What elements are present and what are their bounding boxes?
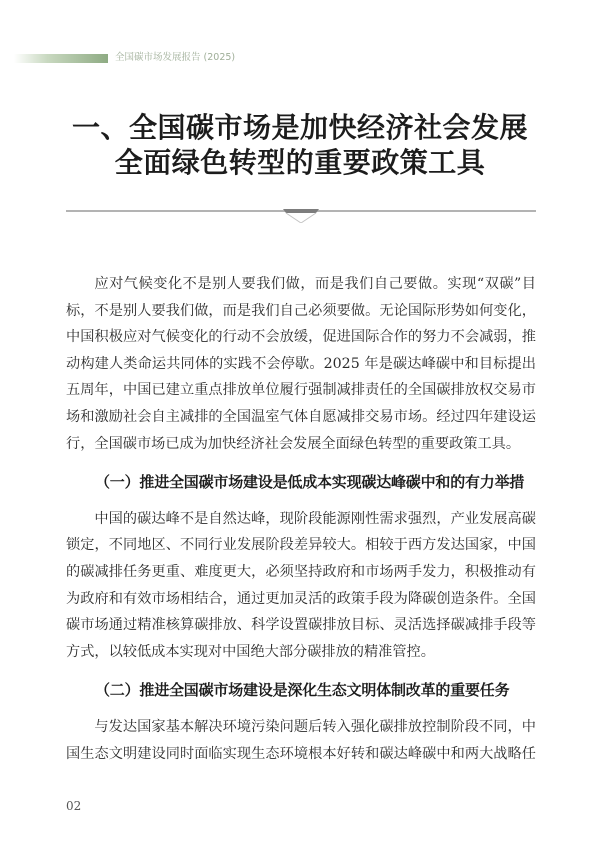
chapter-title-line-2: 全面绿色转型的重要政策工具 <box>0 145 600 180</box>
running-header: 全国碳市场发展报告 (2025) <box>0 51 600 65</box>
header-accent-bar <box>14 54 108 63</box>
triangle-ornament-icon <box>283 209 319 223</box>
page-number: 02 <box>66 799 81 813</box>
chapter-title: 一、全国碳市场是加快经济社会发展 全面绿色转型的重要政策工具 <box>0 110 600 180</box>
section-heading-2: （二）推进全国碳市场建设是深化生态文明体制改革的重要任务 <box>66 677 536 704</box>
chapter-title-line-1: 一、全国碳市场是加快经济社会发展 <box>0 110 600 145</box>
section-heading-1: （一）推进全国碳市场建设是低成本实现碳达峰碳中和的有力举措 <box>66 469 536 496</box>
running-header-title: 全国碳市场发展报告 (2025) <box>115 51 235 65</box>
section-2-paragraph: 与发达国家基本解决环境污染问题后转入强化碳排放控制阶段不同，中国生态文明建设同时… <box>66 714 536 767</box>
section-1-paragraph: 中国的碳达峰不是自然达峰，现阶段能源刚性需求强烈，产业发展高碳锁定，不同地区、不… <box>66 506 536 666</box>
body-content: 应对气候变化不是别人要我们做，而是我们自己要做。实现“双碳”目标，不是别人要我们… <box>66 271 536 767</box>
intro-paragraph: 应对气候变化不是别人要我们做，而是我们自己要做。实现“双碳”目标，不是别人要我们… <box>66 271 536 457</box>
